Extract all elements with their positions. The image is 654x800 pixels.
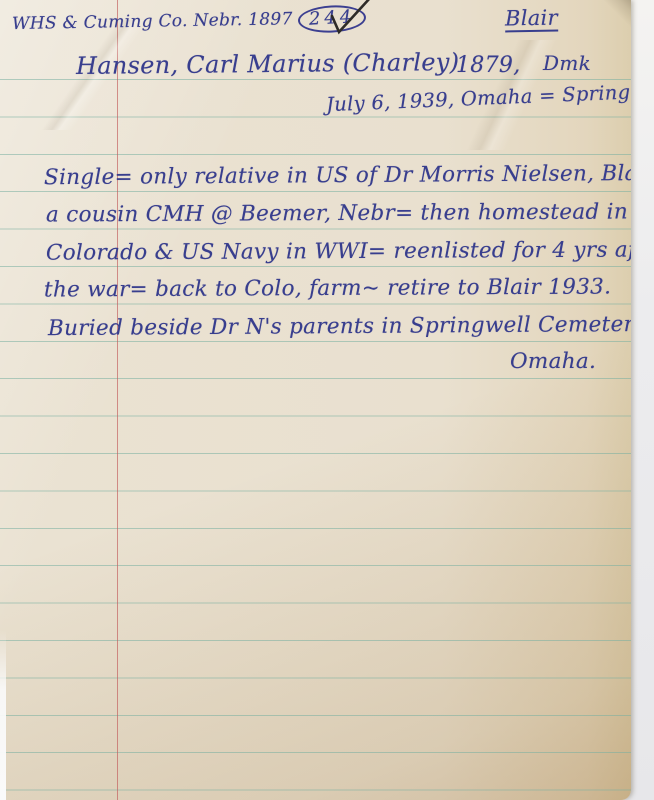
entry-birth-year: 1879, xyxy=(456,53,520,78)
note-line: the war= back to Colo, farm~ retire to B… xyxy=(44,275,611,303)
checkmark-icon xyxy=(328,0,374,44)
scanned-document: WHS & Cuming Co. Nebr. 1897244 Blair Han… xyxy=(0,0,654,800)
corner-fold-shadow xyxy=(597,0,631,30)
header-location-label: Blair xyxy=(505,6,558,33)
note-line: Single= only relative in US of Dr Morris… xyxy=(44,161,631,190)
collection-note-text: WHS & Cuming Co. Nebr. 1897 xyxy=(12,9,293,34)
note-line: Omaha. xyxy=(510,349,596,374)
entry-birth-place: Dmk xyxy=(543,51,591,75)
header-collection-note: WHS & Cuming Co. Nebr. 1897244 xyxy=(12,5,366,38)
note-line: Colorado & US Navy in WWI= reenlisted fo… xyxy=(46,237,631,265)
note-line: Buried beside Dr N's parents in Springwe… xyxy=(48,312,631,341)
paper-left-edge xyxy=(0,630,6,800)
notebook-paper: WHS & Cuming Co. Nebr. 1897244 Blair Han… xyxy=(0,0,631,800)
note-line: a cousin CMH @ Beemer, Nebr= then homest… xyxy=(46,199,628,227)
entry-name: Hansen, Carl Marius (Charley) xyxy=(76,48,460,80)
